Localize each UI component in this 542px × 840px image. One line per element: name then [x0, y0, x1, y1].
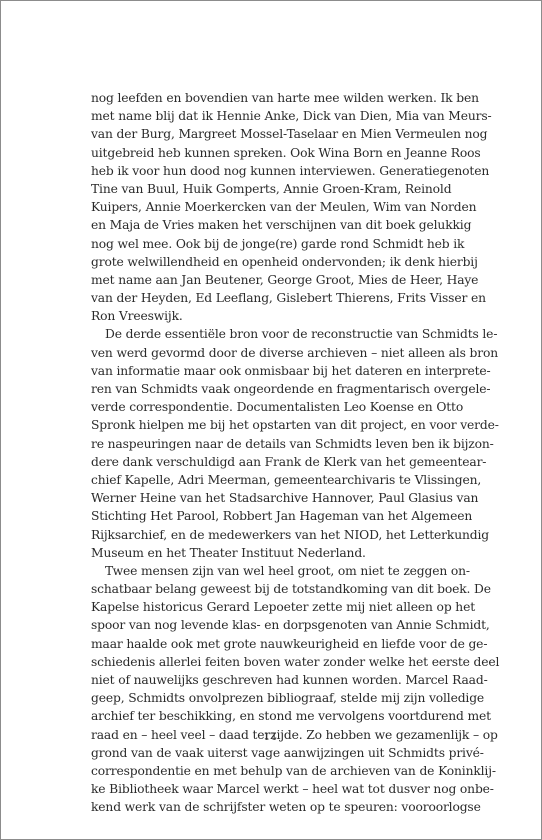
body-text: nog leefden en bovendien van harte mee w…	[91, 89, 434, 817]
text-line: correspondentie en met behulp van de arc…	[91, 762, 434, 780]
text-line: ke Bibliotheek waar Marcel werkt – heel …	[91, 780, 434, 798]
text-line: niet of nauwelijks geschreven had kunnen…	[91, 671, 434, 689]
text-line: kend werk van de schrijfster weten op te…	[91, 798, 434, 816]
text-line: De derde essentiële bron voor de reconst…	[91, 325, 434, 343]
text-line: ven werd gevormd door de diverse archiev…	[91, 344, 434, 362]
text-line: met name aan Jan Beutener, George Groot,…	[91, 271, 434, 289]
text-line: spoor van nog levende klas- en dorpsgeno…	[91, 616, 434, 634]
text-line: Twee mensen zijn van wel heel groot, om …	[91, 562, 434, 580]
text-line: geep, Schmidts onvolprezen bibliograaf, …	[91, 689, 434, 707]
paragraph-archives: De derde essentiële bron voor de reconst…	[91, 325, 434, 561]
text-line: verde correspondentie. Documentalisten L…	[91, 398, 434, 416]
text-line: en Maja de Vries maken het verschijnen v…	[91, 216, 434, 234]
paragraph-acknowledgements-interviewees: nog leefden en bovendien van harte mee w…	[91, 89, 434, 325]
text-line: Rijksarchief, en de medewerkers van het …	[91, 526, 434, 544]
text-line: Stichting Het Parool, Robbert Jan Hagema…	[91, 507, 434, 525]
text-line: nog leefden en bovendien van harte mee w…	[91, 89, 434, 107]
text-line: van der Burg, Margreet Mossel-Taselaar e…	[91, 125, 434, 143]
text-line: maar haalde ook met grote nauwkeurigheid…	[91, 635, 434, 653]
text-line: Kapelse historicus Gerard Lepoeter zette…	[91, 598, 434, 616]
text-line: met name blij dat ik Hennie Anke, Dick v…	[91, 107, 434, 125]
text-line: grote welwillendheid en openheid ondervo…	[91, 253, 434, 271]
text-line: Ron Vreeswijk.	[91, 307, 434, 325]
text-line: schiedenis allerlei feiten boven water z…	[91, 653, 434, 671]
text-line: dere dank verschuldigd aan Frank de Kler…	[91, 453, 434, 471]
paragraph-two-people: Twee mensen zijn van wel heel groot, om …	[91, 562, 434, 817]
text-line: archief ter beschikking, en stond me ver…	[91, 707, 434, 725]
text-line: nog wel mee. Ook bij de jonge(re) garde …	[91, 235, 434, 253]
text-line: re naspeuringen naar de details van Schm…	[91, 435, 434, 453]
text-line: heb ik voor hun dood nog kunnen intervie…	[91, 162, 434, 180]
text-line: Tine van Buul, Huik Gomperts, Annie Groe…	[91, 180, 434, 198]
text-line: chief Kapelle, Adri Meerman, gemeentearc…	[91, 471, 434, 489]
text-line: ren van Schmidts vaak ongeordende en fra…	[91, 380, 434, 398]
text-line: schatbaar belang geweest bij de totstand…	[91, 580, 434, 598]
text-line: van der Heyden, Ed Leeflang, Gislebert T…	[91, 289, 434, 307]
text-line: Museum en het Theater Instituut Nederlan…	[91, 544, 434, 562]
text-line: uitgebreid heb kunnen spreken. Ook Wina …	[91, 144, 434, 162]
text-line: van informatie maar ook onmisbaar bij he…	[91, 362, 434, 380]
text-line: Spronk hielpen me bij het opstarten van …	[91, 416, 434, 434]
book-page: nog leefden en bovendien van harte mee w…	[0, 0, 542, 840]
text-line: Kuipers, Annie Moerkercken van der Meule…	[91, 198, 434, 216]
text-line: grond van de vaak uiterst vage aanwijzin…	[91, 744, 434, 762]
page-number: 11	[1, 732, 541, 743]
text-line: Werner Heine van het Stadsarchive Hannov…	[91, 489, 434, 507]
